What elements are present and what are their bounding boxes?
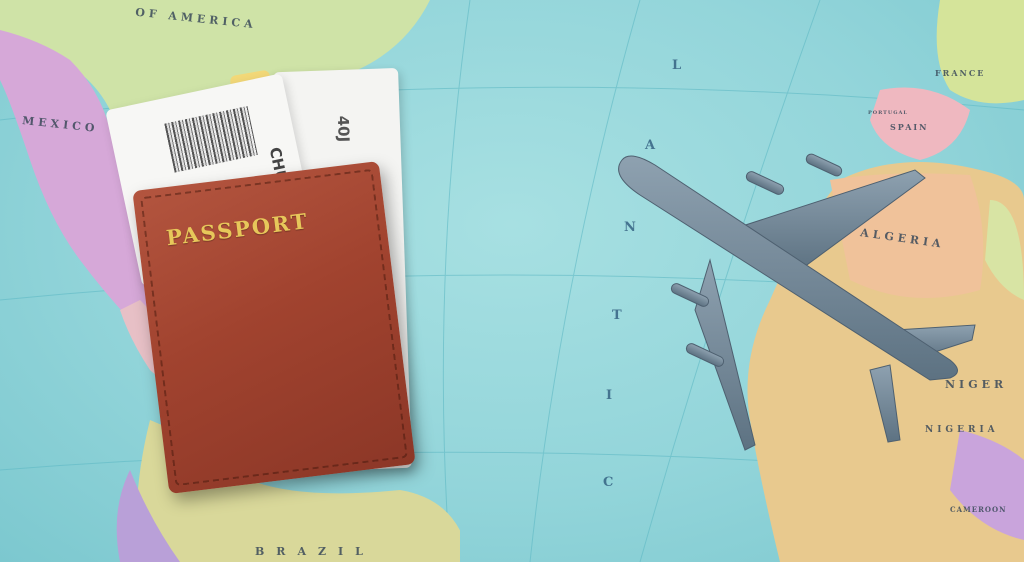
ticket-code: 40J [334, 115, 353, 142]
ocean-letter: C [603, 475, 613, 490]
map-label-cameroon: CAMEROON [950, 505, 1007, 514]
toy-airplane [600, 150, 1000, 460]
world-map-photo: OF AMERICA MEXICO ALGERIA NIGER NIGERIA … [0, 0, 1024, 562]
map-label-france: FRANCE [935, 68, 985, 78]
barcode [164, 106, 258, 173]
map-label-spain: SPAIN [890, 122, 928, 132]
passport-title: PASSPORT [165, 208, 310, 250]
passport: PASSPORT [132, 161, 415, 494]
ocean-letter: L [672, 58, 681, 73]
map-label-brazil: BRAZIL [255, 545, 375, 558]
map-label-portugal: PORTUGAL [868, 110, 908, 116]
